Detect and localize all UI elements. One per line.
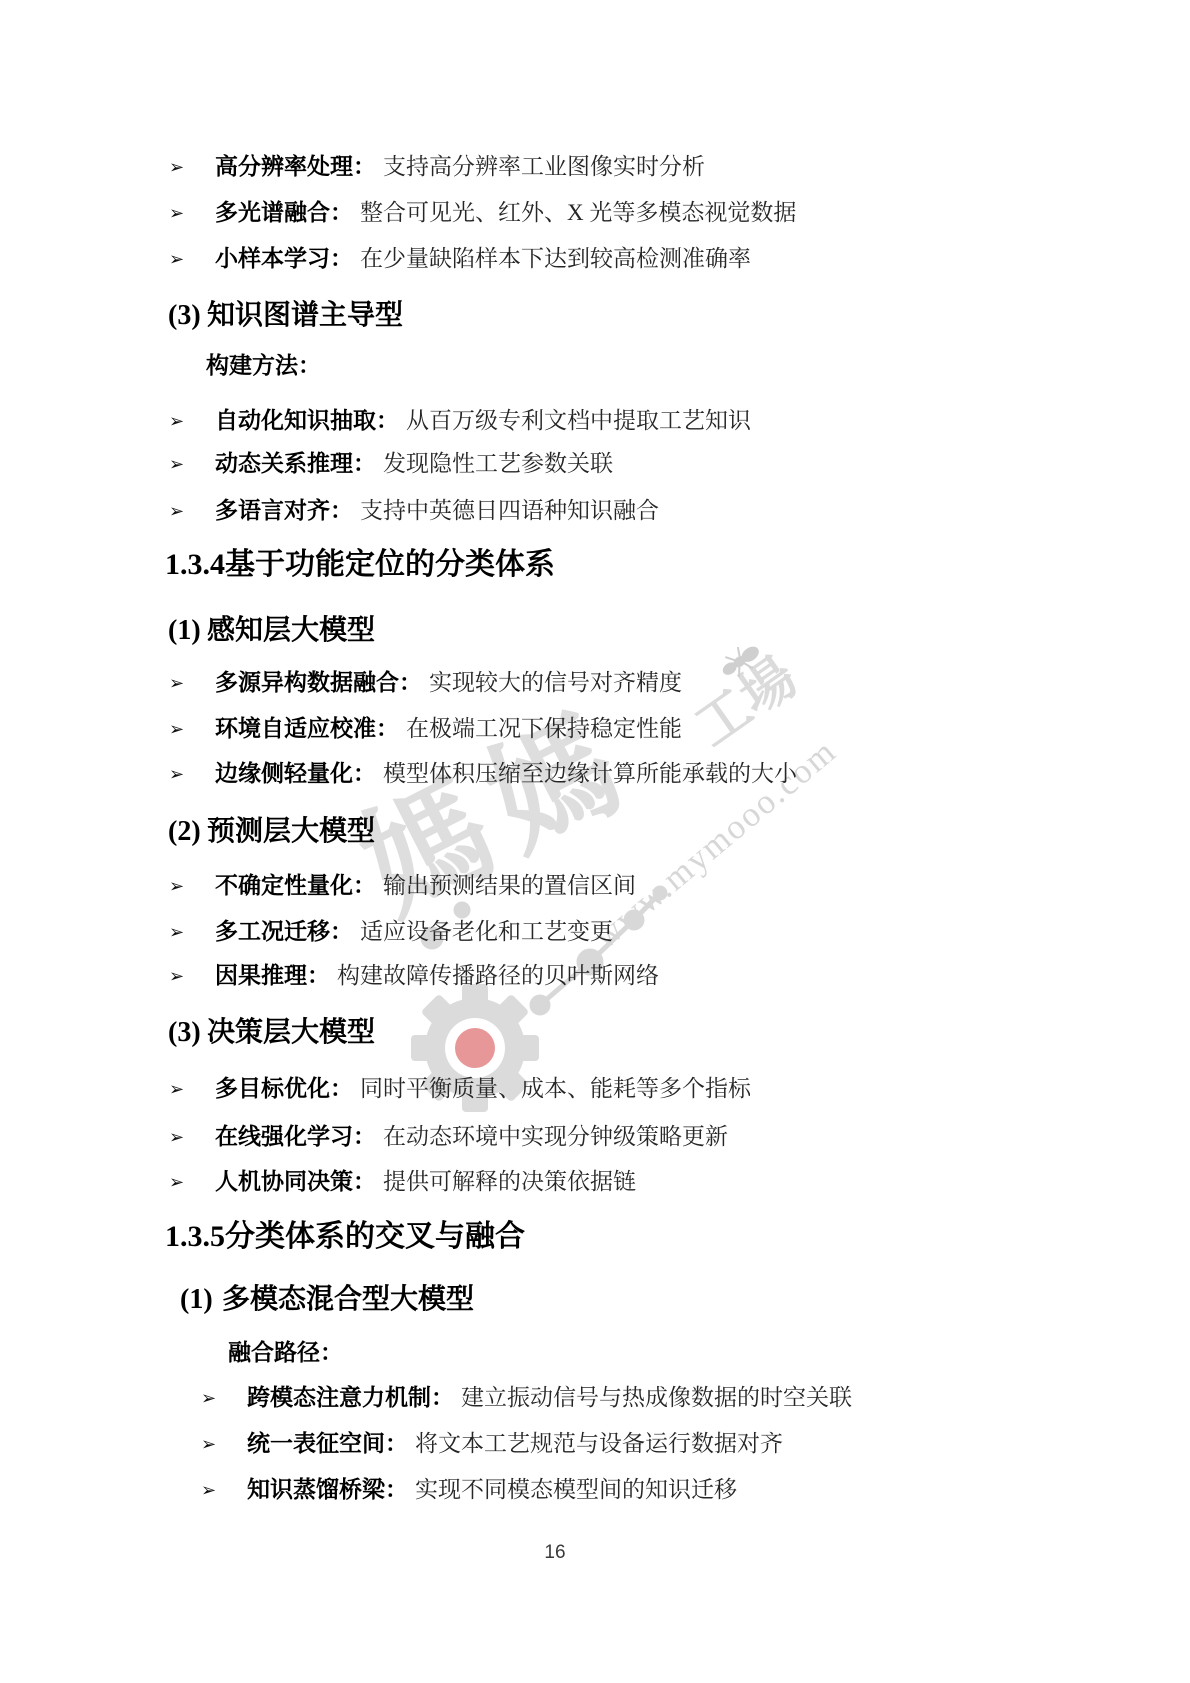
bullet-desc: 将文本工艺规范与设备运行数据对齐 <box>415 1431 783 1456</box>
bullet-arrow-icon: ➢ <box>169 449 184 481</box>
heading-title: 多模态混合型大模型 <box>222 1283 474 1314</box>
bullet-item-edge-lightweight: ➢边缘侧轻量化：模型体积压缩至边缘计算所能承载的大小 <box>215 757 797 790</box>
bullet-term: 不确定性量化： <box>215 872 376 898</box>
heading-multimodal-hybrid: (1)多模态混合型大模型 <box>180 1280 474 1319</box>
bullet-item-cross-modal-attention: ➢跨模态注意力机制：建立振动信号与热成像数据的时空关联 <box>247 1381 852 1414</box>
bullet-desc: 构建故障传播路径的贝叶斯网络 <box>337 963 659 988</box>
bullet-arrow-icon: ➢ <box>169 496 184 528</box>
bullet-item-online-rl: ➢在线强化学习：在动态环境中实现分钟级策略更新 <box>215 1120 728 1153</box>
bullet-term: 自动化知识抽取： <box>215 407 399 433</box>
heading-number: (2) <box>168 813 207 851</box>
bullet-term: 多目标优化： <box>215 1075 353 1101</box>
heading-title: 知识图谱主导型 <box>207 299 403 330</box>
bullet-desc: 在极端工况下保持稳定性能 <box>406 716 682 741</box>
bullet-arrow-icon: ➢ <box>169 406 184 438</box>
bullet-desc: 从百万级专利文档中提取工艺知识 <box>406 408 751 433</box>
bullet-arrow-icon: ➢ <box>201 1429 216 1461</box>
heading-number: (1) <box>168 612 207 650</box>
bullet-term: 统一表征空间： <box>247 1430 408 1456</box>
bullet-arrow-icon: ➢ <box>169 759 184 791</box>
label-build-method: 构建方法： <box>206 349 321 381</box>
bullet-item-dynamic-reasoning: ➢动态关系推理：发现隐性工艺参数关联 <box>215 447 613 480</box>
bullet-desc: 支持高分辨率工业图像实时分析 <box>383 154 705 179</box>
bullet-desc: 实现较大的信号对齐精度 <box>429 670 682 695</box>
bullet-desc: 提供可解释的决策依据链 <box>383 1169 636 1194</box>
heading-decision-layer: (3)决策层大模型 <box>168 1013 375 1052</box>
bullet-arrow-icon: ➢ <box>169 152 184 184</box>
document-page: 媽媽 工場 www.mymooo.com <box>0 0 1190 1683</box>
section-title: 分类体系的交叉与融合 <box>225 1220 525 1253</box>
bullet-desc: 建立振动信号与热成像数据的时空关联 <box>461 1385 852 1410</box>
bullet-item-auto-extract: ➢自动化知识抽取：从百万级专利文档中提取工艺知识 <box>215 404 751 437</box>
bullet-desc: 支持中英德日四语种知识融合 <box>360 498 659 523</box>
bullet-term: 多工况迁移： <box>215 918 353 944</box>
bullet-desc: 在少量缺陷样本下达到较高检测准确率 <box>360 246 751 271</box>
bullet-term: 边缘侧轻量化： <box>215 760 376 786</box>
page-number: 16 <box>0 1541 1110 1565</box>
bullet-item-multilingual: ➢多语言对齐：支持中英德日四语种知识融合 <box>215 494 659 527</box>
bullet-term: 动态关系推理： <box>215 450 376 476</box>
bullet-desc: 实现不同模态模型间的知识迁移 <box>415 1477 737 1502</box>
bullet-item-multisource-fusion: ➢多源异构数据融合：实现较大的信号对齐精度 <box>215 666 682 699</box>
bullet-term: 多光谱融合： <box>215 199 353 225</box>
section-title: 基于功能定位的分类体系 <box>225 548 555 581</box>
bullet-item-knowledge-distillation: ➢知识蒸馏桥梁：实现不同模态模型间的知识迁移 <box>247 1473 737 1506</box>
bullet-item-adaptive-calibration: ➢环境自适应校准：在极端工况下保持稳定性能 <box>215 712 682 745</box>
label-fusion-path: 融合路径： <box>228 1336 343 1368</box>
heading-title: 感知层大模型 <box>207 614 375 645</box>
bullet-item-causal-reasoning: ➢因果推理：构建故障传播路径的贝叶斯网络 <box>215 959 659 992</box>
bullet-item-uncertainty: ➢不确定性量化：输出预测结果的置信区间 <box>215 869 636 902</box>
heading-perception-layer: (1)感知层大模型 <box>168 611 375 650</box>
bullet-arrow-icon: ➢ <box>169 871 184 903</box>
bullet-arrow-icon: ➢ <box>169 714 184 746</box>
bullet-arrow-icon: ➢ <box>169 1167 184 1199</box>
bullet-arrow-icon: ➢ <box>169 244 184 276</box>
bullet-desc: 输出预测结果的置信区间 <box>383 873 636 898</box>
bullet-term: 环境自适应校准： <box>215 715 399 741</box>
bullet-desc: 模型体积压缩至边缘计算所能承载的大小 <box>383 761 797 786</box>
page-content: ➢高分辨率处理：支持高分辨率工业图像实时分析 ➢多光谱融合：整合可见光、红外、X… <box>0 0 1190 1683</box>
bullet-item-multi-condition: ➢多工况迁移：适应设备老化和工艺变更 <box>215 915 613 948</box>
section-number: 1.3.4 <box>165 544 225 586</box>
bullet-arrow-icon: ➢ <box>169 917 184 949</box>
bullet-term: 多源异构数据融合： <box>215 669 422 695</box>
section-number: 1.3.5 <box>165 1216 225 1258</box>
bullet-desc: 适应设备老化和工艺变更 <box>360 919 613 944</box>
heading-number: (3) <box>168 297 207 335</box>
bullet-term: 跨模态注意力机制： <box>247 1384 454 1410</box>
bullet-term: 因果推理： <box>215 962 330 988</box>
bullet-item-unified-representation: ➢统一表征空间：将文本工艺规范与设备运行数据对齐 <box>247 1427 783 1460</box>
bullet-item-human-machine: ➢人机协同决策：提供可解释的决策依据链 <box>215 1165 636 1198</box>
bullet-arrow-icon: ➢ <box>169 961 184 993</box>
heading-prediction-layer: (2)预测层大模型 <box>168 812 375 851</box>
section-heading-134: 1.3.4基于功能定位的分类体系 <box>165 544 555 586</box>
bullet-term: 知识蒸馏桥梁： <box>247 1476 408 1502</box>
bullet-arrow-icon: ➢ <box>169 1122 184 1154</box>
bullet-item-few-shot: ➢小样本学习：在少量缺陷样本下达到较高检测准确率 <box>215 242 751 275</box>
bullet-item-high-res: ➢高分辨率处理：支持高分辨率工业图像实时分析 <box>215 150 705 183</box>
heading-title: 预测层大模型 <box>207 815 375 846</box>
bullet-item-multi-objective: ➢多目标优化：同时平衡质量、成本、能耗等多个指标 <box>215 1072 751 1105</box>
bullet-arrow-icon: ➢ <box>169 668 184 700</box>
heading-number: (3) <box>168 1014 207 1052</box>
bullet-desc: 发现隐性工艺参数关联 <box>383 451 613 476</box>
bullet-term: 人机协同决策： <box>215 1168 376 1194</box>
bullet-desc: 同时平衡质量、成本、能耗等多个指标 <box>360 1076 751 1101</box>
bullet-arrow-icon: ➢ <box>169 1074 184 1106</box>
bullet-arrow-icon: ➢ <box>201 1383 216 1415</box>
bullet-arrow-icon: ➢ <box>201 1475 216 1507</box>
bullet-term: 多语言对齐： <box>215 497 353 523</box>
bullet-term: 小样本学习： <box>215 245 353 271</box>
section-heading-135: 1.3.5分类体系的交叉与融合 <box>165 1216 525 1258</box>
bullet-desc: 整合可见光、红外、X 光等多模态视觉数据 <box>360 200 796 225</box>
bullet-item-multispectral: ➢多光谱融合：整合可见光、红外、X 光等多模态视觉数据 <box>215 196 796 229</box>
heading-title: 决策层大模型 <box>207 1016 375 1047</box>
heading-number: (1) <box>180 1281 222 1319</box>
bullet-term: 高分辨率处理： <box>215 153 376 179</box>
bullet-arrow-icon: ➢ <box>169 198 184 230</box>
heading-knowledge-graph: (3)知识图谱主导型 <box>168 296 403 335</box>
bullet-term: 在线强化学习： <box>215 1123 376 1149</box>
bullet-desc: 在动态环境中实现分钟级策略更新 <box>383 1124 728 1149</box>
